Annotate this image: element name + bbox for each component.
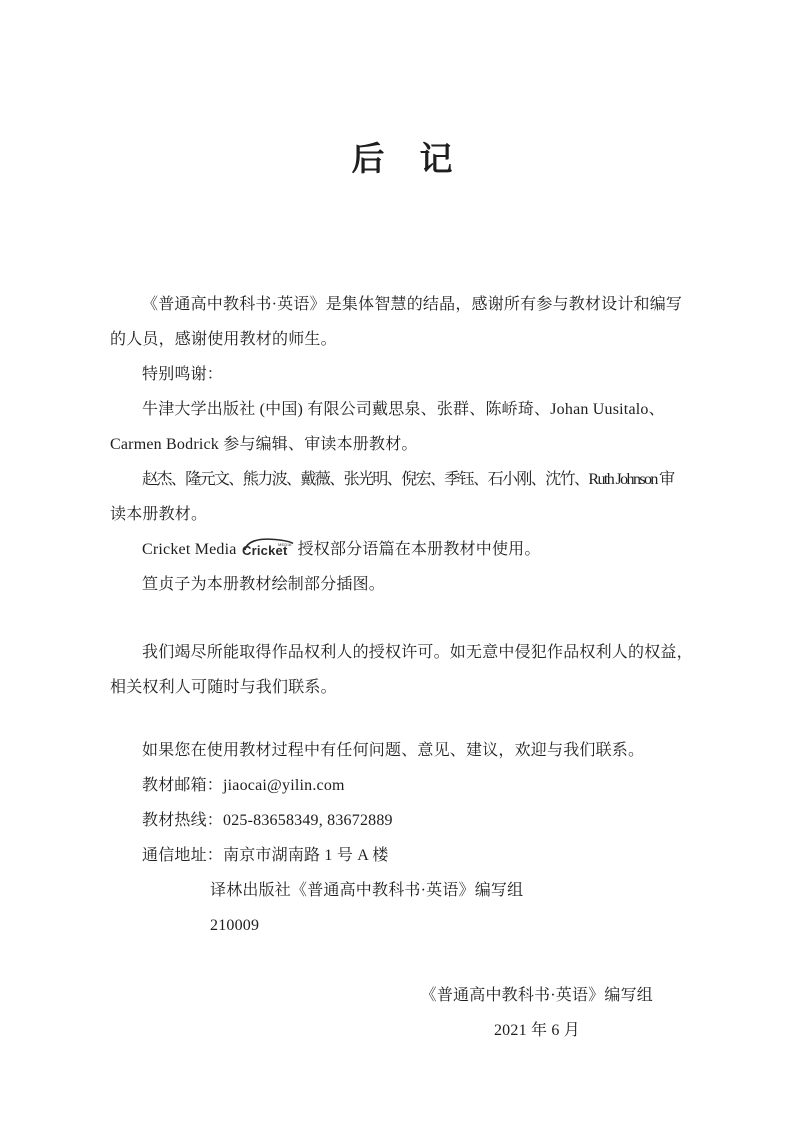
svg-text:MEDIA: MEDIA xyxy=(278,542,292,547)
afterword-title: 后 记 xyxy=(0,141,805,179)
signature-group: 《普通高中教科书·英语》编写组 xyxy=(110,978,683,1013)
paragraph-gap xyxy=(110,943,683,978)
copyright-line: 相关权利人可随时与我们联系。 xyxy=(110,670,683,705)
cricket-media-text: Cricket Media xyxy=(142,541,237,558)
acknowledgement-line: 牛津大学出版社 (中国) 有限公司戴思泉、张群、陈峤琦、Johan Uusita… xyxy=(110,392,683,427)
address-postcode: 210009 xyxy=(110,908,683,943)
hotline-line: 教材热线：025-83658349, 83672889 xyxy=(110,803,683,838)
hotline-label: 教材热线： xyxy=(142,812,223,829)
illustrator-line: 笪贞子为本册教材绘制部分插图。 xyxy=(110,567,683,602)
hotline-numbers: 025-83658349, 83672889 xyxy=(223,812,393,829)
reviewers-line: 赵杰、隆元文、熊力波、戴薇、张光明、倪宏、季钰、石小刚、沈竹、Ruth John… xyxy=(110,462,683,497)
address-line: 通信地址：南京市湖南路 1 号 A 楼 xyxy=(110,838,683,873)
paragraph-line: 《普通高中教科书·英语》是集体智慧的结晶，感谢所有参与教材设计和编写 xyxy=(110,287,683,322)
cricket-media-line: Cricket Media Cricket MEDIA 授权部分语篇在本册教材中… xyxy=(110,532,683,567)
email-address: jiaocai@yilin.com xyxy=(223,777,345,794)
signature-date: 2021 年 6 月 xyxy=(110,1013,683,1048)
cricket-authorization-text: 授权部分语篇在本册教材中使用。 xyxy=(298,541,541,558)
afterword-body: 《普通高中教科书·英语》是集体智慧的结晶，感谢所有参与教材设计和编写 的人员，感… xyxy=(110,287,683,1048)
feedback-line: 如果您在使用教材过程中有任何问题、意见、建议，欢迎与我们联系。 xyxy=(110,733,683,768)
email-label: 教材邮箱： xyxy=(142,777,223,794)
copyright-line: 我们竭尽所能取得作品权利人的授权许可。如无意中侵犯作品权利人的权益， xyxy=(110,635,683,670)
paragraph-line: 的人员，感谢使用教材的师生。 xyxy=(110,322,683,357)
paragraph-gap xyxy=(110,705,683,733)
address-label: 通信地址： xyxy=(142,847,223,864)
address-street: 南京市湖南路 1 号 A 楼 xyxy=(223,847,388,864)
paragraph-gap xyxy=(110,602,683,635)
special-thanks-heading: 特别鸣谢： xyxy=(110,357,683,392)
address-recipient: 译林出版社《普通高中教科书·英语》编写组 xyxy=(110,873,683,908)
acknowledgement-line: Carmen Bodrick 参与编辑、审读本册教材。 xyxy=(110,427,683,462)
book-page: 后 记 《普通高中教科书·英语》是集体智慧的结晶，感谢所有参与教材设计和编写 的… xyxy=(0,0,805,1145)
reviewers-line: 读本册教材。 xyxy=(110,497,683,532)
email-line: 教材邮箱：jiaocai@yilin.com xyxy=(110,768,683,803)
